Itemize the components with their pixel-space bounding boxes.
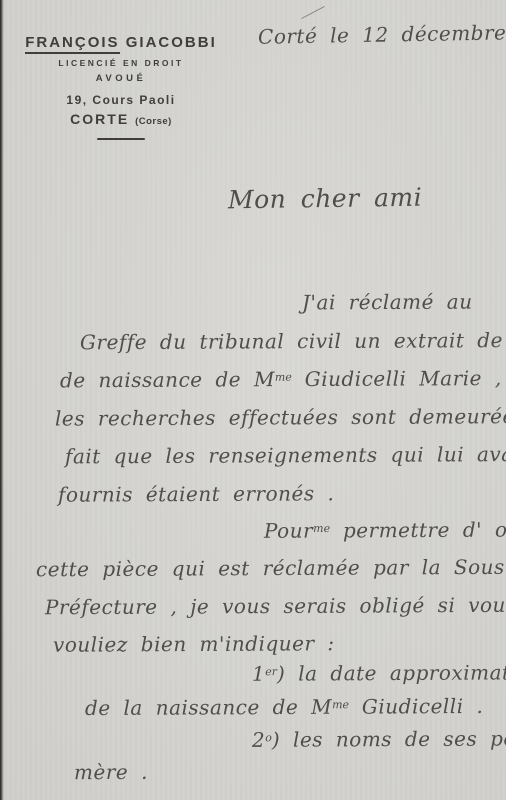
- line-text: Préfecture , je vous serais obligé si vo…: [45, 593, 506, 619]
- handwritten-line: fait que les renseignements qui lui avai…: [65, 442, 506, 469]
- line-text: fait que les renseignements qui lui avai…: [65, 442, 506, 469]
- handwritten-line: de naissance de Mme Giudicelli Marie , m…: [60, 366, 506, 393]
- line-superscript: me: [332, 698, 349, 711]
- line-text: Pour: [264, 519, 313, 543]
- line-text: Giudicelli Marie , mais: [292, 366, 506, 391]
- handwritten-line: cette pièce qui est réclamée par la Sous…: [36, 555, 506, 582]
- salutation: Mon cher ami: [228, 183, 422, 215]
- handwritten-line: de la naissance de Mme Giudicelli .: [85, 694, 483, 720]
- handwritten-line: les recherches effectuées sont demeurées…: [55, 403, 506, 430]
- line-superscript: me: [313, 522, 330, 535]
- letterhead: FRANÇOIS GIACOBBI LICENCIÉ EN DROIT AVOU…: [14, 34, 228, 140]
- line-text: J'ai réclamé au: [302, 290, 473, 315]
- line-superscript: me: [275, 371, 292, 384]
- line-superscript: er: [265, 665, 277, 678]
- date-line: Corté le 12 décembre 1936: [258, 19, 506, 48]
- line-text: 1: [252, 662, 265, 686]
- line-text: cette pièce qui est réclamée par la Sous…: [36, 555, 506, 582]
- line-text: mère .: [74, 760, 148, 784]
- handwritten-line: Pourme permettre d' obtenir: [264, 517, 506, 543]
- line-text: les recherches effectuées sont demeurées…: [55, 403, 506, 430]
- line-text: vouliez bien m'indiquer :: [53, 631, 335, 656]
- handwritten-line: Préfecture , je vous serais obligé si vo…: [45, 593, 506, 619]
- line-text: de naissance de M: [60, 367, 275, 392]
- letterhead-region: (Corse): [135, 116, 172, 127]
- letter-page: FRANÇOIS GIACOBBI LICENCIÉ EN DROIT AVOU…: [0, 0, 506, 800]
- handwritten-line: fournis étaient erronés .: [58, 481, 334, 506]
- handwritten-line: J'ai réclamé au: [302, 290, 473, 315]
- letterhead-divider: [97, 138, 145, 140]
- handwritten-line: vouliez bien m'indiquer :: [53, 631, 335, 656]
- letterhead-city: CORTE (Corse): [14, 111, 228, 127]
- letterhead-name-last: GIACOBBI: [126, 34, 217, 51]
- letterhead-name-first: FRANÇOIS: [25, 34, 119, 54]
- scan-edge: [0, 0, 4, 800]
- line-text: ) la date approximative: [277, 660, 506, 685]
- line-text: 2: [252, 728, 265, 752]
- line-text: fournis étaient erronés .: [58, 481, 334, 506]
- handwritten-line: mère .: [74, 760, 148, 784]
- handwritten-line: Greffe du tribunal civil un extrait de l…: [80, 328, 506, 355]
- letterhead-city-name: CORTE: [70, 111, 129, 127]
- handwritten-line: 1er) la date approximative: [252, 660, 506, 686]
- line-text: permettre d' obtenir: [330, 517, 506, 542]
- line-text: Greffe du tribunal civil un extrait de l…: [80, 328, 506, 355]
- letterhead-name: FRANÇOIS GIACOBBI: [14, 34, 228, 51]
- letterhead-profession: AVOUÉ: [14, 73, 228, 84]
- line-text: Giudicelli .: [349, 694, 483, 719]
- handwritten-line: 2o) les noms de ses père et: [252, 726, 506, 752]
- letterhead-qualification: LICENCIÉ EN DROIT: [14, 58, 228, 68]
- line-text: de la naissance de M: [85, 695, 332, 720]
- line-text: ) les noms de ses père et: [272, 726, 506, 752]
- letterhead-address: 19, Cours Paoli: [14, 93, 228, 107]
- stray-pen-mark: [301, 6, 324, 19]
